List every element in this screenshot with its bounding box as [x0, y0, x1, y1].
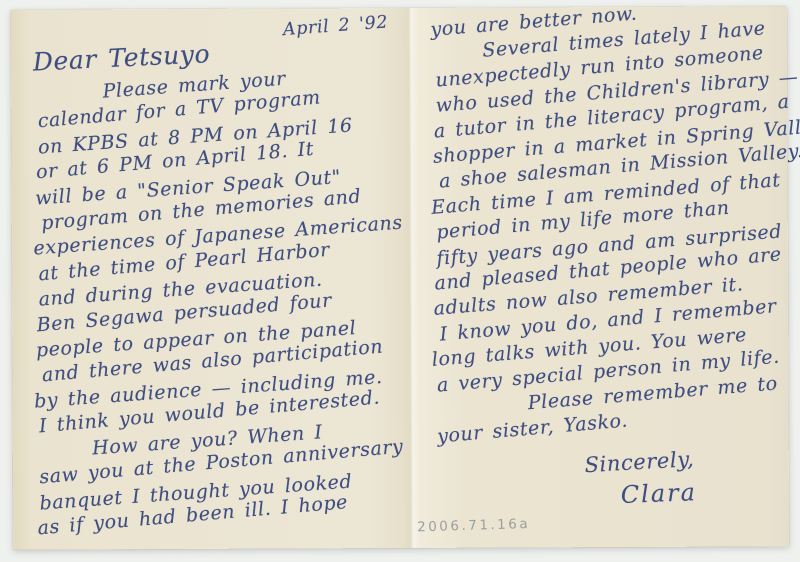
letter-page-right: you are better now.Several times lately … [431, 16, 789, 509]
letter-paragraph: How are you? When Isaw you at the Poston… [35, 439, 423, 542]
letter-signature: Clara [620, 474, 789, 509]
letter-page-left: Dear Tetsuyo Please mark yourcalendar fo… [33, 46, 423, 542]
right-page-body: you are better now.Several times lately … [431, 16, 789, 449]
letter-paragraph: Several times lately I haveunexpectedly … [431, 42, 789, 399]
letter-paper: April 2 '92 Dear Tetsuyo Please mark you… [11, 6, 789, 549]
letter-scan: April 2 '92 Dear Tetsuyo Please mark you… [0, 0, 800, 562]
letter-paragraph: Please mark yourcalendar for a TV progra… [33, 83, 423, 440]
accession-number: 2006.71.16a [417, 516, 531, 535]
left-page-body: Please mark yourcalendar for a TV progra… [33, 83, 423, 542]
letter-paragraph: Please remember me toyour sister, Yasko. [433, 397, 789, 449]
